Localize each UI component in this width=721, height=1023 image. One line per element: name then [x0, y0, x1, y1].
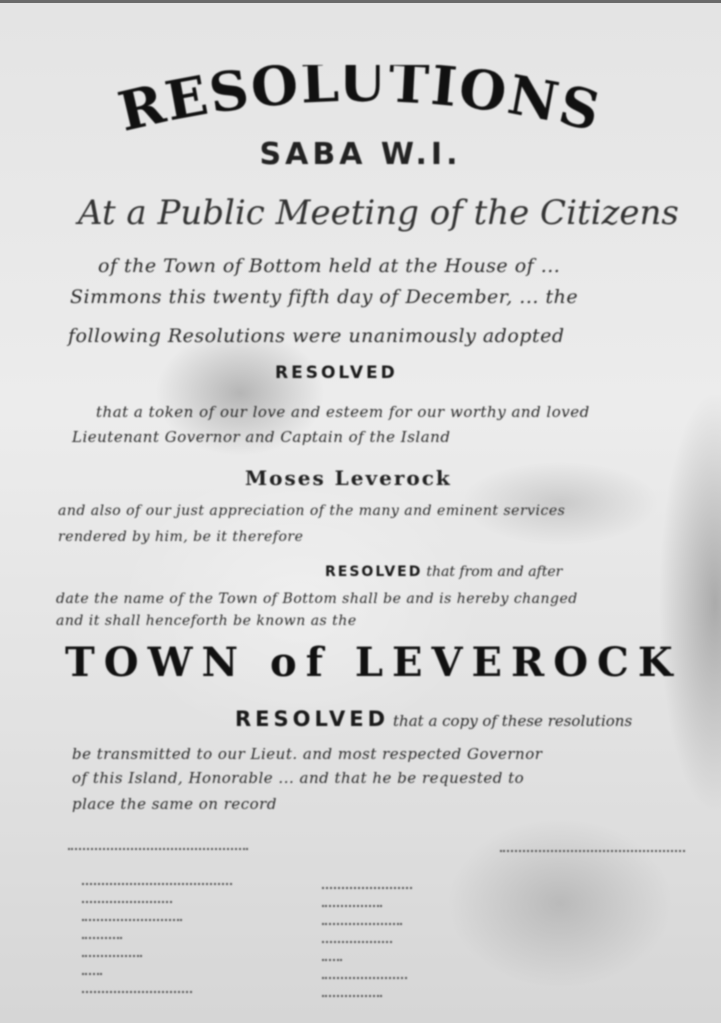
final-resolution-heading-suffix: that a copy of these resolutions: [393, 712, 632, 730]
signature-line: [82, 991, 192, 993]
section-2-line-1: date the name of the Town of Bottom shal…: [56, 591, 578, 607]
final-resolution-heading: RESOLVED: [235, 707, 389, 731]
signature-line: [82, 973, 102, 975]
final-resolution-line-1: be transmitted to our Lieut. and most re…: [72, 745, 542, 763]
scanned-document-page: RESOLUTIONS SABA W.I. At a Public Meetin…: [0, 0, 721, 1023]
signatures-right-column: [322, 879, 412, 1005]
section-2-heading: RESOLVED: [325, 564, 422, 580]
signature-line: [322, 995, 382, 997]
signature-line: [82, 919, 182, 921]
signature-line: [82, 955, 142, 957]
signature-line: [322, 923, 402, 925]
section-1-after-line-1: and also of our just appreciation of the…: [58, 503, 565, 519]
section-2-heading-suffix: that from and after: [426, 564, 562, 580]
intro-line-3: Simmons this twenty fifth day of Decembe…: [70, 286, 578, 308]
signature-line: [82, 883, 232, 885]
signature-left-header: [68, 841, 248, 856]
intro-line-1: At a Public Meeting of the Citizens: [78, 193, 679, 233]
intro-line-2: of the Town of Bottom held at the House …: [98, 255, 560, 277]
intro-line-4: following Resolutions were unanimously a…: [68, 325, 565, 347]
svg-text:RESOLUTIONS: RESOLUTIONS: [112, 65, 607, 144]
section-1-heading: RESOLVED: [275, 363, 398, 383]
section-1-line-2: Lieutenant Governor and Captain of the I…: [72, 428, 450, 446]
final-resolution-line-2: of this Island, Honorable ... and that h…: [72, 769, 524, 787]
section-1-line-1: that a token of our love and esteem for …: [96, 403, 590, 421]
signature-right-header: [500, 843, 685, 858]
document-subtitle: SABA W.I.: [0, 137, 721, 172]
signature-line: [322, 941, 392, 943]
section-1-after-line-2: rendered by him, be it therefore: [58, 529, 303, 545]
honoree-name: Moses Leverock: [245, 466, 452, 490]
signature-line: [322, 905, 382, 907]
signature-line: [322, 887, 412, 889]
section-2-heading-row: RESOLVED that from and after: [325, 563, 562, 581]
signature-line: [82, 901, 172, 903]
final-resolution-heading-row: RESOLVED that a copy of these resolution…: [235, 707, 632, 731]
town-name-banner: TOWN of LEVEROCK: [65, 639, 682, 686]
section-2-line-2: and it shall henceforth be known as the: [56, 613, 357, 629]
final-resolution-line-3: place the same on record: [72, 795, 277, 813]
signature-line: [322, 959, 342, 961]
signature-line: [322, 977, 407, 979]
signature-line: [82, 937, 122, 939]
signatures-left-column: [82, 875, 232, 1001]
